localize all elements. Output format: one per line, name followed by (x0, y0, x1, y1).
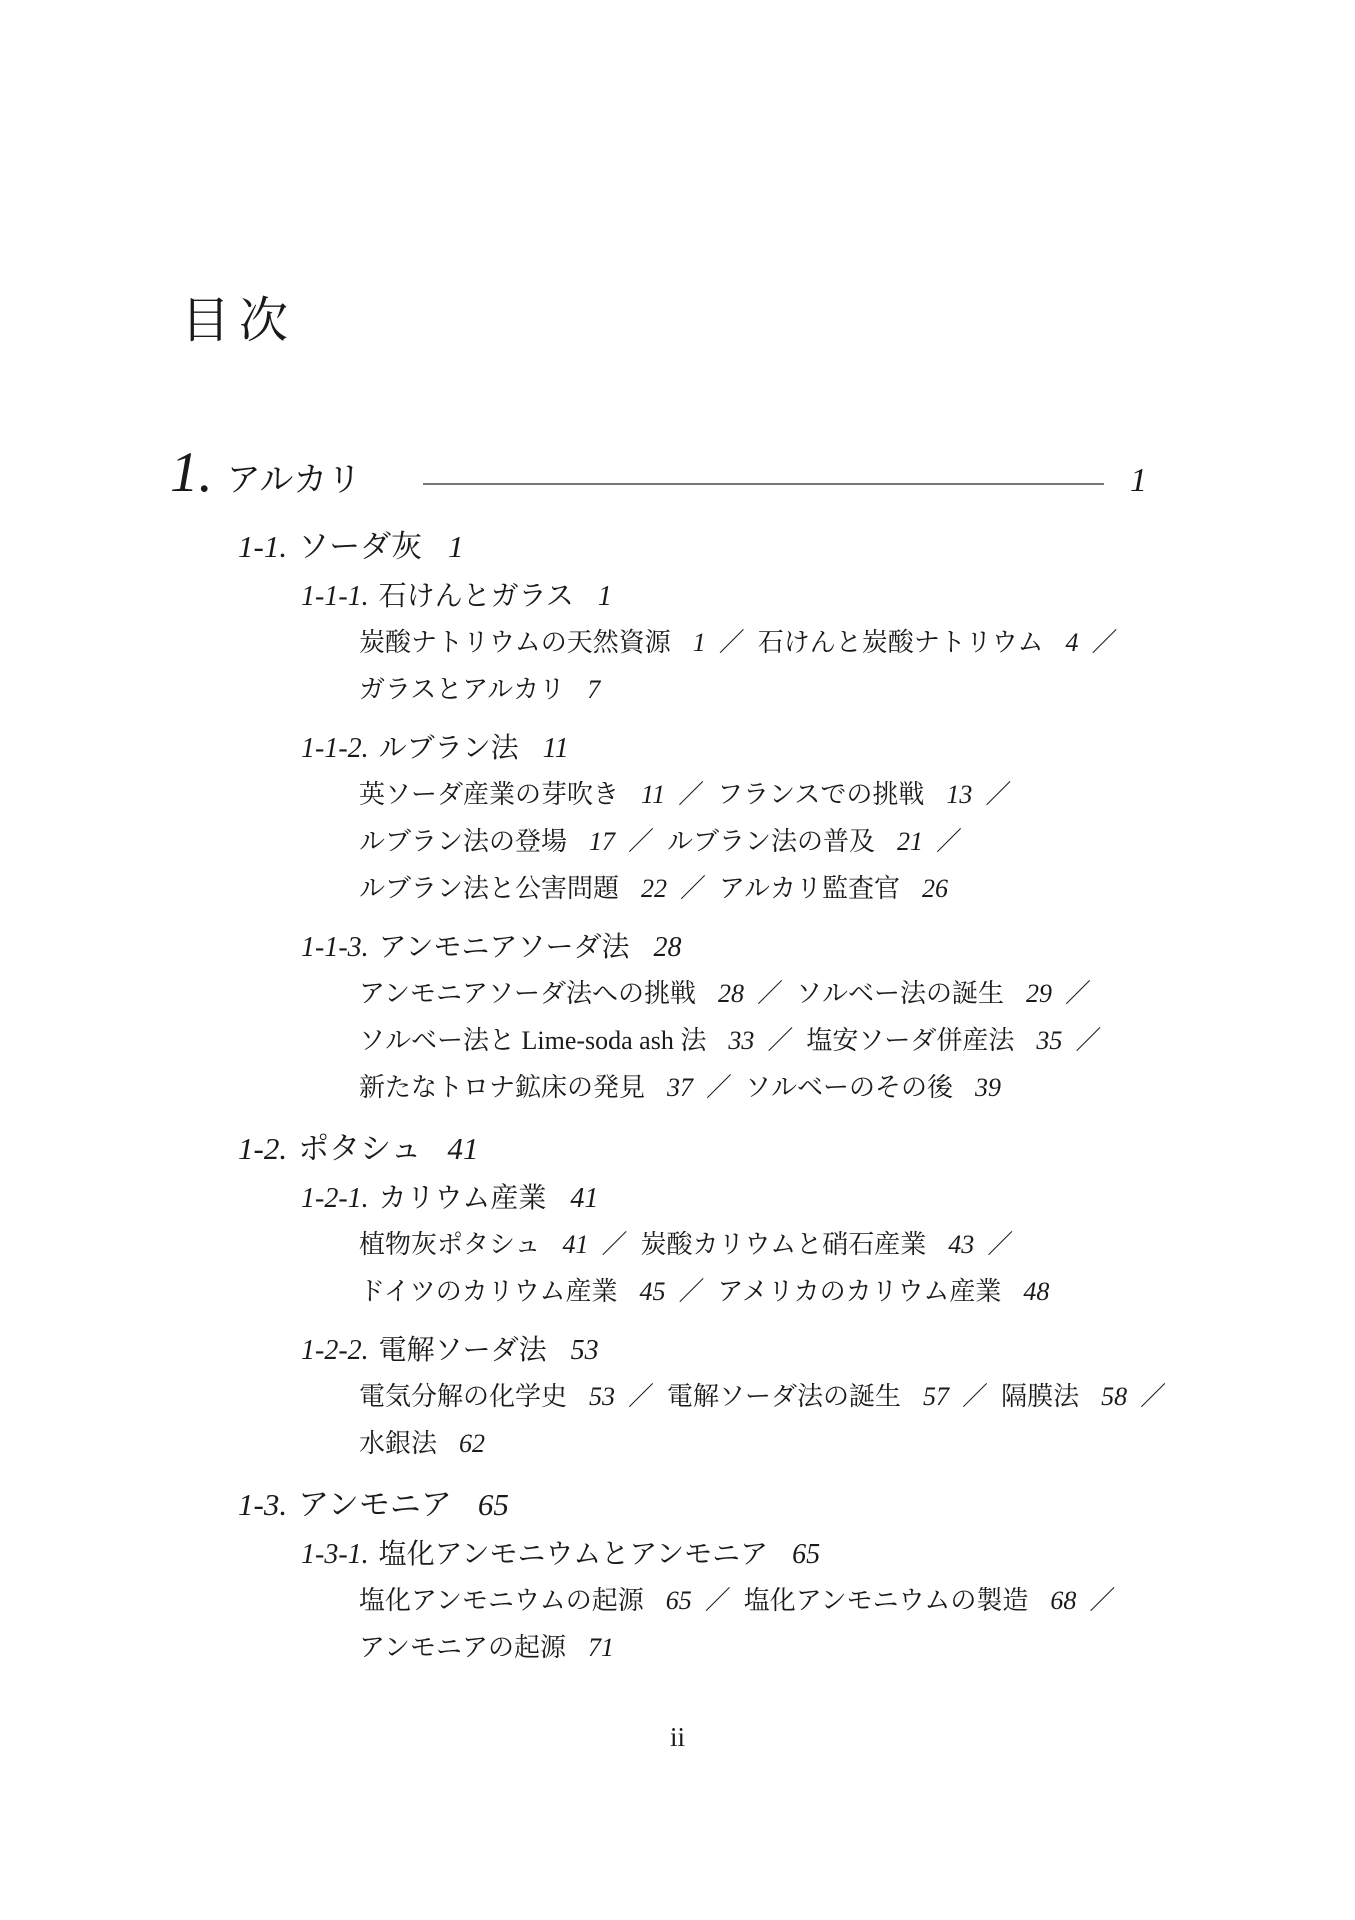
toc-body: 1. アルカリ 1 1-1.ソーダ灰1 1-1-1.石けんとガラス1 炭酸ナトリ… (0, 444, 1355, 1663)
toc-subsection-number: 1-3-1. (301, 1539, 369, 1570)
toc-chapter-page: 1 (1130, 462, 1147, 499)
toc-entry-page: 58 (1101, 1382, 1127, 1411)
toc-entry-line: ルブラン法と公害問題22／アルカリ監査官26 (359, 874, 1355, 904)
toc-entry-title: 植物灰ポタシュ (359, 1230, 540, 1259)
toc-subsection-page: 53 (571, 1335, 599, 1366)
toc-entry-page: 33 (728, 1026, 754, 1055)
toc-entry-page: 35 (1036, 1026, 1062, 1055)
toc-entry-title: 炭酸カリウムと硝石産業 (641, 1230, 927, 1259)
toc-entry-line: 電気分解の化学史53／電解ソーダ法の誕生57／隔膜法58／ (359, 1382, 1355, 1412)
toc-entry-page: 28 (718, 979, 744, 1008)
toc-entry-page: 39 (975, 1073, 1001, 1102)
toc-entry-title: ドイツのカリウム産業 (359, 1277, 617, 1306)
toc-subsection-title: 電解ソーダ法 (379, 1335, 547, 1366)
toc-entry-title: ソルベー法と Lime-soda ash 法 (359, 1026, 706, 1055)
toc-entry-title: ソルベーのその後 (745, 1073, 953, 1102)
toc-chapter-1: 1. アルカリ 1 (170, 444, 1147, 501)
toc-subsection-heading: 1-1-1.石けんとガラス1 (301, 581, 1355, 613)
toc-subsection-title: 石けんとガラス (379, 581, 574, 612)
toc-subsection-heading: 1-1-3.アンモニアソーダ法28 (301, 932, 1355, 964)
slash-separator: ／ (962, 1382, 988, 1411)
toc-entry-page: 41 (562, 1230, 588, 1259)
toc-entry-page: 71 (588, 1633, 614, 1662)
toc-entry-line: 植物灰ポタシュ41／炭酸カリウムと硝石産業43／ (359, 1230, 1355, 1260)
toc-entry-page: 68 (1050, 1586, 1076, 1615)
toc-entry-title: フランスでの挑戦 (717, 780, 924, 809)
toc-entry-list: 電気分解の化学史53／電解ソーダ法の誕生57／隔膜法58／ 水銀法62 (359, 1382, 1355, 1459)
toc-entry-page: 26 (922, 874, 948, 903)
slash-separator: ／ (1075, 1026, 1101, 1055)
toc-subsection-heading: 1-1-2.ルブラン法11 (301, 733, 1355, 765)
toc-section-heading: 1-2.ポタシュ41 (238, 1131, 1355, 1167)
toc-entry-title: アンモニアの起源 (359, 1633, 566, 1662)
toc-entry-title: 隔膜法 (1001, 1382, 1079, 1411)
toc-subsection-title: カリウム産業 (379, 1183, 547, 1214)
toc-entry-title: アメリカのカリウム産業 (717, 1277, 1001, 1306)
toc-entry-list: 塩化アンモニウムの起源65／塩化アンモニウムの製造68／ アンモニアの起源71 (359, 1586, 1355, 1663)
toc-section-page: 41 (447, 1131, 478, 1166)
slash-separator: ／ (936, 827, 962, 856)
toc-subsection-title: 塩化アンモニウムとアンモニア (379, 1539, 768, 1570)
toc-section-number: 1-1. (238, 529, 287, 564)
toc-subsection-heading: 1-2-2.電解ソーダ法53 (301, 1335, 1355, 1367)
toc-entry-title: アルカリ監査官 (719, 874, 900, 903)
toc-entry-title: 塩化アンモニウムの製造 (744, 1586, 1029, 1615)
toc-entry-line: 新たなトロナ鉱床の発見37／ソルベーのその後39 (359, 1073, 1355, 1103)
toc-section-title: ポタシュ (298, 1131, 421, 1166)
toc-entry-list: 炭酸ナトリウムの天然資源1／石けんと炭酸ナトリウム4／ ガラスとアルカリ7 (359, 628, 1355, 705)
toc-subsection-1-1-3: 1-1-3.アンモニアソーダ法28 アンモニアソーダ法への挑戦28／ソルベー法の… (0, 932, 1355, 1103)
toc-entry-line: 水銀法62 (359, 1429, 1355, 1459)
slash-separator: ／ (706, 1073, 732, 1102)
toc-section-title: ソーダ灰 (298, 529, 422, 564)
slash-separator: ／ (1065, 979, 1091, 1008)
toc-section-1-2: 1-2.ポタシュ41 1-2-1.カリウム産業41 植物灰ポタシュ41／炭酸カリ… (0, 1131, 1355, 1459)
toc-entry-title: 水銀法 (359, 1429, 437, 1458)
toc-entry-title: 電解ソーダ法の誕生 (667, 1382, 901, 1411)
toc-section-heading: 1-1.ソーダ灰1 (238, 529, 1355, 565)
toc-entry-title: 新たなトロナ鉱床の発見 (359, 1073, 645, 1102)
toc-entry-list: 英ソーダ産業の芽吹き11／フランスでの挑戦13／ ルブラン法の登場17／ルブラン… (359, 780, 1355, 904)
toc-subsection-1-2-1: 1-2-1.カリウム産業41 植物灰ポタシュ41／炭酸カリウムと硝石産業43／ … (0, 1183, 1355, 1307)
toc-entry-page: 62 (459, 1429, 485, 1458)
toc-entry-title: 塩安ソーダ併産法 (806, 1026, 1014, 1055)
slash-separator: ／ (1092, 628, 1118, 657)
toc-entry-title: 石けんと炭酸ナトリウム (758, 628, 1044, 657)
toc-entry-page: 11 (641, 780, 665, 809)
toc-section-1-1: 1-1.ソーダ灰1 1-1-1.石けんとガラス1 炭酸ナトリウムの天然資源1／石… (0, 529, 1355, 1103)
slash-separator: ／ (678, 1277, 704, 1306)
toc-section-number: 1-2. (238, 1131, 287, 1166)
toc-subsection-heading: 1-3-1.塩化アンモニウムとアンモニア65 (301, 1539, 1355, 1571)
toc-section-page: 1 (448, 529, 464, 564)
toc-entry-line: ガラスとアルカリ7 (359, 675, 1355, 705)
toc-entry-line: ルブラン法の登場17／ルブラン法の普及21／ (359, 827, 1355, 857)
toc-entry-line: 炭酸ナトリウムの天然資源1／石けんと炭酸ナトリウム4／ (359, 628, 1355, 658)
leader-rule (423, 483, 1104, 485)
toc-subsection-number: 1-2-2. (301, 1335, 369, 1366)
toc-entry-line: ドイツのカリウム産業45／アメリカのカリウム産業48 (359, 1277, 1355, 1307)
slash-separator: ／ (767, 1026, 793, 1055)
toc-subsection-1-1-2: 1-1-2.ルブラン法11 英ソーダ産業の芽吹き11／フランスでの挑戦13／ ル… (0, 733, 1355, 904)
toc-entry-title: ルブラン法の登場 (359, 827, 567, 856)
toc-entry-page: 1 (693, 628, 706, 657)
toc-page: 目次 1. アルカリ 1 1-1.ソーダ灰1 1-1-1.石けんとガラス1 炭酸… (0, 0, 1355, 1920)
slash-separator: ／ (628, 1382, 654, 1411)
toc-entry-title: 炭酸ナトリウムの天然資源 (359, 628, 671, 657)
toc-subsection-title: アンモニアソーダ法 (379, 932, 630, 963)
toc-entry-line: アンモニアソーダ法への挑戦28／ソルベー法の誕生29／ (359, 979, 1355, 1009)
toc-entry-line: ソルベー法と Lime-soda ash 法33／塩安ソーダ併産法35／ (359, 1026, 1355, 1056)
slash-separator: ／ (680, 874, 706, 903)
slash-separator: ／ (705, 1586, 731, 1615)
toc-entry-title: ガラスとアルカリ (359, 675, 565, 704)
slash-separator: ／ (628, 827, 654, 856)
toc-subsection-title: ルブラン法 (379, 733, 519, 764)
toc-entry-title: ソルベー法の誕生 (796, 979, 1004, 1008)
toc-entry-title: 塩化アンモニウムの起源 (359, 1586, 644, 1615)
toc-entry-page: 29 (1026, 979, 1052, 1008)
toc-subsection-1-2-2: 1-2-2.電解ソーダ法53 電気分解の化学史53／電解ソーダ法の誕生57／隔膜… (0, 1335, 1355, 1459)
toc-subsection-1-3-1: 1-3-1.塩化アンモニウムとアンモニア65 塩化アンモニウムの起源65／塩化ア… (0, 1539, 1355, 1663)
toc-section-page: 65 (478, 1487, 509, 1522)
toc-subsection-page: 28 (654, 932, 682, 963)
toc-chapter-title: アルカリ (227, 462, 362, 499)
toc-subsection-number: 1-2-1. (301, 1183, 369, 1214)
toc-section-1-3: 1-3.アンモニア65 1-3-1.塩化アンモニウムとアンモニア65 塩化アンモ… (0, 1487, 1355, 1663)
toc-entry-page: 13 (946, 780, 972, 809)
toc-entry-title: ルブラン法と公害問題 (359, 874, 619, 903)
slash-separator: ／ (601, 1230, 627, 1259)
toc-subsection-number: 1-1-3. (301, 932, 369, 963)
slash-separator: ／ (1089, 1586, 1115, 1615)
slash-separator: ／ (987, 1230, 1013, 1259)
slash-separator: ／ (757, 979, 783, 1008)
toc-section-number: 1-3. (238, 1487, 287, 1522)
toc-entry-list: 植物灰ポタシュ41／炭酸カリウムと硝石産業43／ ドイツのカリウム産業45／アメ… (359, 1230, 1355, 1307)
toc-section-heading: 1-3.アンモニア65 (238, 1487, 1355, 1523)
toc-subsection-number: 1-1-1. (301, 581, 369, 612)
toc-entry-page: 21 (897, 827, 923, 856)
toc-section-title: アンモニア (298, 1487, 452, 1522)
page-title: 目次 (181, 294, 297, 348)
toc-subsection-1-1-1: 1-1-1.石けんとガラス1 炭酸ナトリウムの天然資源1／石けんと炭酸ナトリウム… (0, 581, 1355, 705)
toc-entry-page: 17 (589, 827, 615, 856)
toc-chapter-number: 1. (170, 444, 213, 501)
toc-entry-line: 塩化アンモニウムの起源65／塩化アンモニウムの製造68／ (359, 1586, 1355, 1616)
toc-subsection-number: 1-1-2. (301, 733, 369, 764)
toc-subsection-page: 1 (598, 581, 612, 612)
toc-entry-title: 電気分解の化学史 (359, 1382, 567, 1411)
toc-entry-line: 英ソーダ産業の芽吹き11／フランスでの挑戦13／ (359, 780, 1355, 810)
toc-subsection-page: 11 (543, 733, 569, 764)
toc-entry-list: アンモニアソーダ法への挑戦28／ソルベー法の誕生29／ ソルベー法と Lime-… (359, 979, 1355, 1103)
toc-entry-page: 53 (589, 1382, 615, 1411)
toc-entry-page: 45 (639, 1277, 665, 1306)
toc-subsection-page: 41 (570, 1183, 598, 1214)
toc-entry-page: 7 (587, 675, 600, 704)
slash-separator: ／ (719, 628, 745, 657)
slash-separator: ／ (1140, 1382, 1166, 1411)
toc-subsection-page: 65 (792, 1539, 820, 1570)
toc-entry-page: 4 (1066, 628, 1079, 657)
toc-entry-title: アンモニアソーダ法への挑戦 (359, 979, 696, 1008)
page-number: ii (0, 1722, 1355, 1753)
toc-entry-page: 57 (923, 1382, 949, 1411)
slash-separator: ／ (985, 780, 1011, 809)
toc-entry-title: 英ソーダ産業の芽吹き (359, 780, 619, 809)
toc-entry-page: 65 (666, 1586, 692, 1615)
toc-entry-title: ルブラン法の普及 (667, 827, 875, 856)
slash-separator: ／ (678, 780, 704, 809)
toc-entry-page: 43 (948, 1230, 974, 1259)
toc-entry-page: 22 (641, 874, 667, 903)
toc-entry-page: 37 (667, 1073, 693, 1102)
toc-subsection-heading: 1-2-1.カリウム産業41 (301, 1183, 1355, 1215)
toc-entry-page: 48 (1023, 1277, 1049, 1306)
toc-entry-line: アンモニアの起源71 (359, 1633, 1355, 1663)
